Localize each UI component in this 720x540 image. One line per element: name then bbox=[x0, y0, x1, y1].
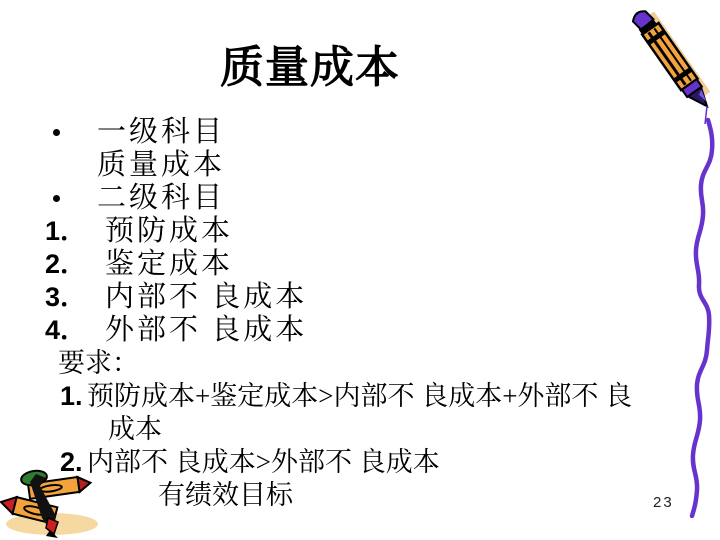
line-text: 预防成本 bbox=[105, 215, 233, 248]
list-number: 2． bbox=[45, 248, 87, 281]
line-text: 内部不 良成本>外部不 良成本 bbox=[87, 446, 440, 479]
content-lines: 一级科目质量成本二级科目1．预防成本2．鉴定成本3．内部不 良成本4．外部不 良… bbox=[0, 116, 720, 512]
text-line: 1.预防成本+鉴定成本>内部不 良成本+外部不 良 bbox=[0, 380, 720, 413]
slide-title: 质量成本 bbox=[0, 31, 620, 95]
text-line: 3．内部不 良成本 bbox=[0, 281, 720, 314]
text-line: 4．外部不 良成本 bbox=[0, 314, 720, 347]
list-number: 4． bbox=[45, 314, 87, 347]
line-text: 有绩效目标 bbox=[158, 479, 293, 512]
text-line: 2．鉴定成本 bbox=[0, 248, 720, 281]
text-line: 要求： bbox=[0, 347, 720, 380]
text-line: 二级科目 bbox=[0, 182, 720, 215]
bullet-icon bbox=[53, 129, 60, 136]
presentation-slide: 质量成本 一级科目质量成本二级科目1．预防成本2．鉴定成本3．内部不 良成本4．… bbox=[0, 0, 720, 540]
line-text: 成本 bbox=[108, 413, 162, 446]
pencil-icon bbox=[612, 6, 717, 126]
list-number: 3． bbox=[45, 281, 87, 314]
line-text: 要求： bbox=[58, 347, 139, 380]
line-text: 内部不 良成本 bbox=[105, 281, 307, 314]
line-text: 二级科目 bbox=[97, 182, 225, 215]
text-line: 质量成本 bbox=[0, 149, 720, 182]
page-number: 23 bbox=[653, 494, 674, 511]
list-number: 1． bbox=[45, 215, 87, 248]
line-text: 鉴定成本 bbox=[105, 248, 233, 281]
squiggle-line-icon bbox=[683, 112, 717, 518]
line-text: 质量成本 bbox=[97, 149, 225, 182]
list-number: 1. bbox=[60, 380, 83, 413]
line-text: 一级科目 bbox=[97, 116, 225, 149]
text-line: 1．预防成本 bbox=[0, 215, 720, 248]
crayons-icon bbox=[0, 468, 118, 540]
line-text: 预防成本+鉴定成本>内部不 良成本+外部不 良 bbox=[87, 380, 632, 413]
text-line: 成本 bbox=[0, 413, 720, 446]
line-text: 外部不 良成本 bbox=[105, 314, 307, 347]
bullet-icon bbox=[53, 195, 60, 202]
